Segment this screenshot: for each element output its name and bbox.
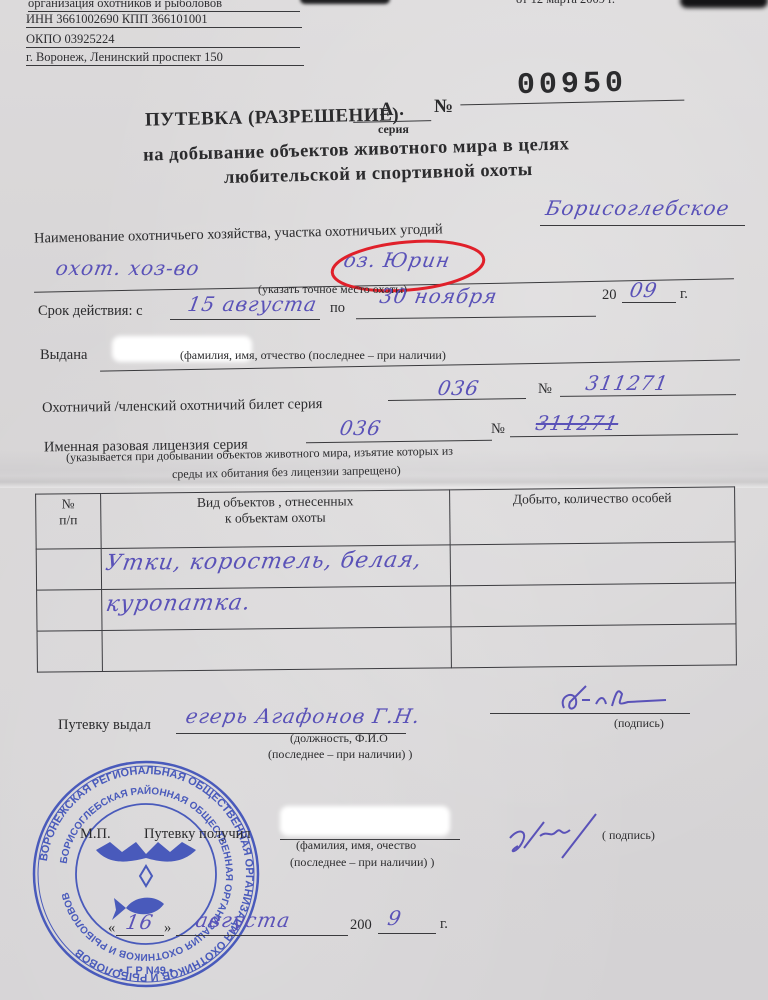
date-month-value[interactable]: августа: [194, 908, 293, 932]
table-header-species: Вид объектов , отнесенных к объектам охо…: [101, 490, 451, 549]
table-row: куропатка.: [37, 583, 736, 631]
row-count[interactable]: [451, 624, 736, 668]
hunting-area-line: [540, 224, 745, 226]
row-number[interactable]: [36, 548, 101, 590]
validity-to-value[interactable]: 30 ноября: [378, 284, 500, 308]
stamp-place-label: М.П.: [80, 826, 111, 843]
issuer-value[interactable]: егерь Агафонов Г.Н.: [184, 704, 423, 728]
header-okpo: ОКПО 03925224: [26, 32, 300, 48]
year-suffix: г.: [680, 286, 688, 303]
license-series-value[interactable]: 036: [338, 416, 383, 440]
table-header-number: № п/п: [36, 493, 102, 549]
hunting-area-value[interactable]: Борисоглебское: [544, 196, 732, 220]
header-address: г. Воронеж, Ленинский проспект 150: [26, 50, 304, 66]
receiver-signature-hint: ( подпись): [602, 828, 655, 843]
series-value: А .: [353, 98, 431, 123]
row-count[interactable]: [451, 583, 736, 627]
species-table: № п/п Вид объектов , отнесенных к объект…: [35, 486, 737, 672]
redaction-mark: [680, 0, 768, 8]
date-day-value[interactable]: 16: [124, 910, 156, 934]
receiver-signature[interactable]: [500, 808, 610, 864]
year-value[interactable]: 09: [628, 278, 660, 302]
receiver-hint-1: (фамилия, имя, очество: [296, 838, 416, 853]
ticket-series-value[interactable]: 036: [436, 376, 481, 400]
row-number[interactable]: [37, 589, 102, 631]
row-number[interactable]: [37, 630, 102, 672]
ticket-number-value[interactable]: 311271: [584, 371, 671, 395]
issuer-signature[interactable]: [556, 682, 676, 716]
receiver-year-prefix: 200: [350, 917, 372, 934]
header-inn-kpp: ИНН 3661002690 КПП 366101001: [26, 12, 302, 28]
row-species[interactable]: Утки, коростель, белая,: [104, 548, 424, 576]
number-sign: №: [434, 96, 454, 118]
header-order-date: от 12 марта 2009 г.: [516, 0, 615, 7]
receiver-year-line: [378, 932, 436, 934]
table-row: Утки, коростель, белая,: [36, 542, 735, 590]
date-day-line: [116, 934, 164, 936]
permit-number: 00950: [460, 66, 685, 106]
date-quote-close: »: [164, 920, 171, 937]
date-month-line: [176, 934, 348, 936]
issuer-label: Путевку выдал: [58, 717, 151, 734]
issued-to-hint: (фамилия, имя, отчество (последнее – при…: [180, 348, 446, 363]
receiver-label: Путевку получил: [144, 826, 251, 843]
receiver-year-suffix: г.: [440, 916, 448, 933]
row-count[interactable]: [450, 542, 735, 586]
hunting-area-value-2[interactable]: охот. хоз-во: [54, 256, 202, 280]
validity-to-label: по: [330, 300, 345, 317]
year-prefix: 20: [602, 287, 617, 304]
row-species[interactable]: куропатка.: [104, 590, 253, 617]
license-number-sign: №: [491, 421, 505, 438]
issuer-signature-hint: (подпись): [614, 716, 664, 731]
table-header-count: Добыто, количество особей: [450, 487, 736, 545]
organization-stamp: ВОРОНЕЖСКАЯ РЕГИОНАЛЬНАЯ ОБЩЕСТВЕННАЯ ОР…: [30, 758, 262, 990]
redacted-receiver-name: [280, 806, 450, 836]
date-quote-open: «: [108, 920, 115, 937]
license-number-value[interactable]: 311271: [534, 411, 621, 435]
validity-from-value[interactable]: 15 августа: [186, 292, 319, 316]
issued-to-label: Выдана: [40, 347, 87, 364]
redaction-mark: [300, 0, 390, 4]
svg-text:ВОРОНЕЖСКАЯ РЕГИОНАЛЬНАЯ ОБЩЕС: ВОРОНЕЖСКАЯ РЕГИОНАЛЬНАЯ ОБЩЕСТВЕННАЯ ОР…: [38, 765, 255, 983]
series-label: серия: [378, 122, 409, 137]
validity-label: Срок действия: с: [38, 303, 143, 320]
ticket-number-sign: №: [538, 381, 552, 398]
table-row: [37, 624, 736, 672]
row-species[interactable]: [102, 627, 451, 672]
receiver-hint-2: (последнее – при наличии) ): [290, 855, 434, 870]
svg-text:• Г Р N49 •: • Г Р N49 •: [119, 965, 173, 977]
validity-from-line: [170, 318, 320, 320]
issuer-hint-1: (должность, Ф.И.О: [290, 731, 388, 746]
header-org-line: организация охотников и рыболовов: [28, 0, 300, 12]
issuer-hint-2: (последнее – при наличии) ): [268, 747, 412, 762]
